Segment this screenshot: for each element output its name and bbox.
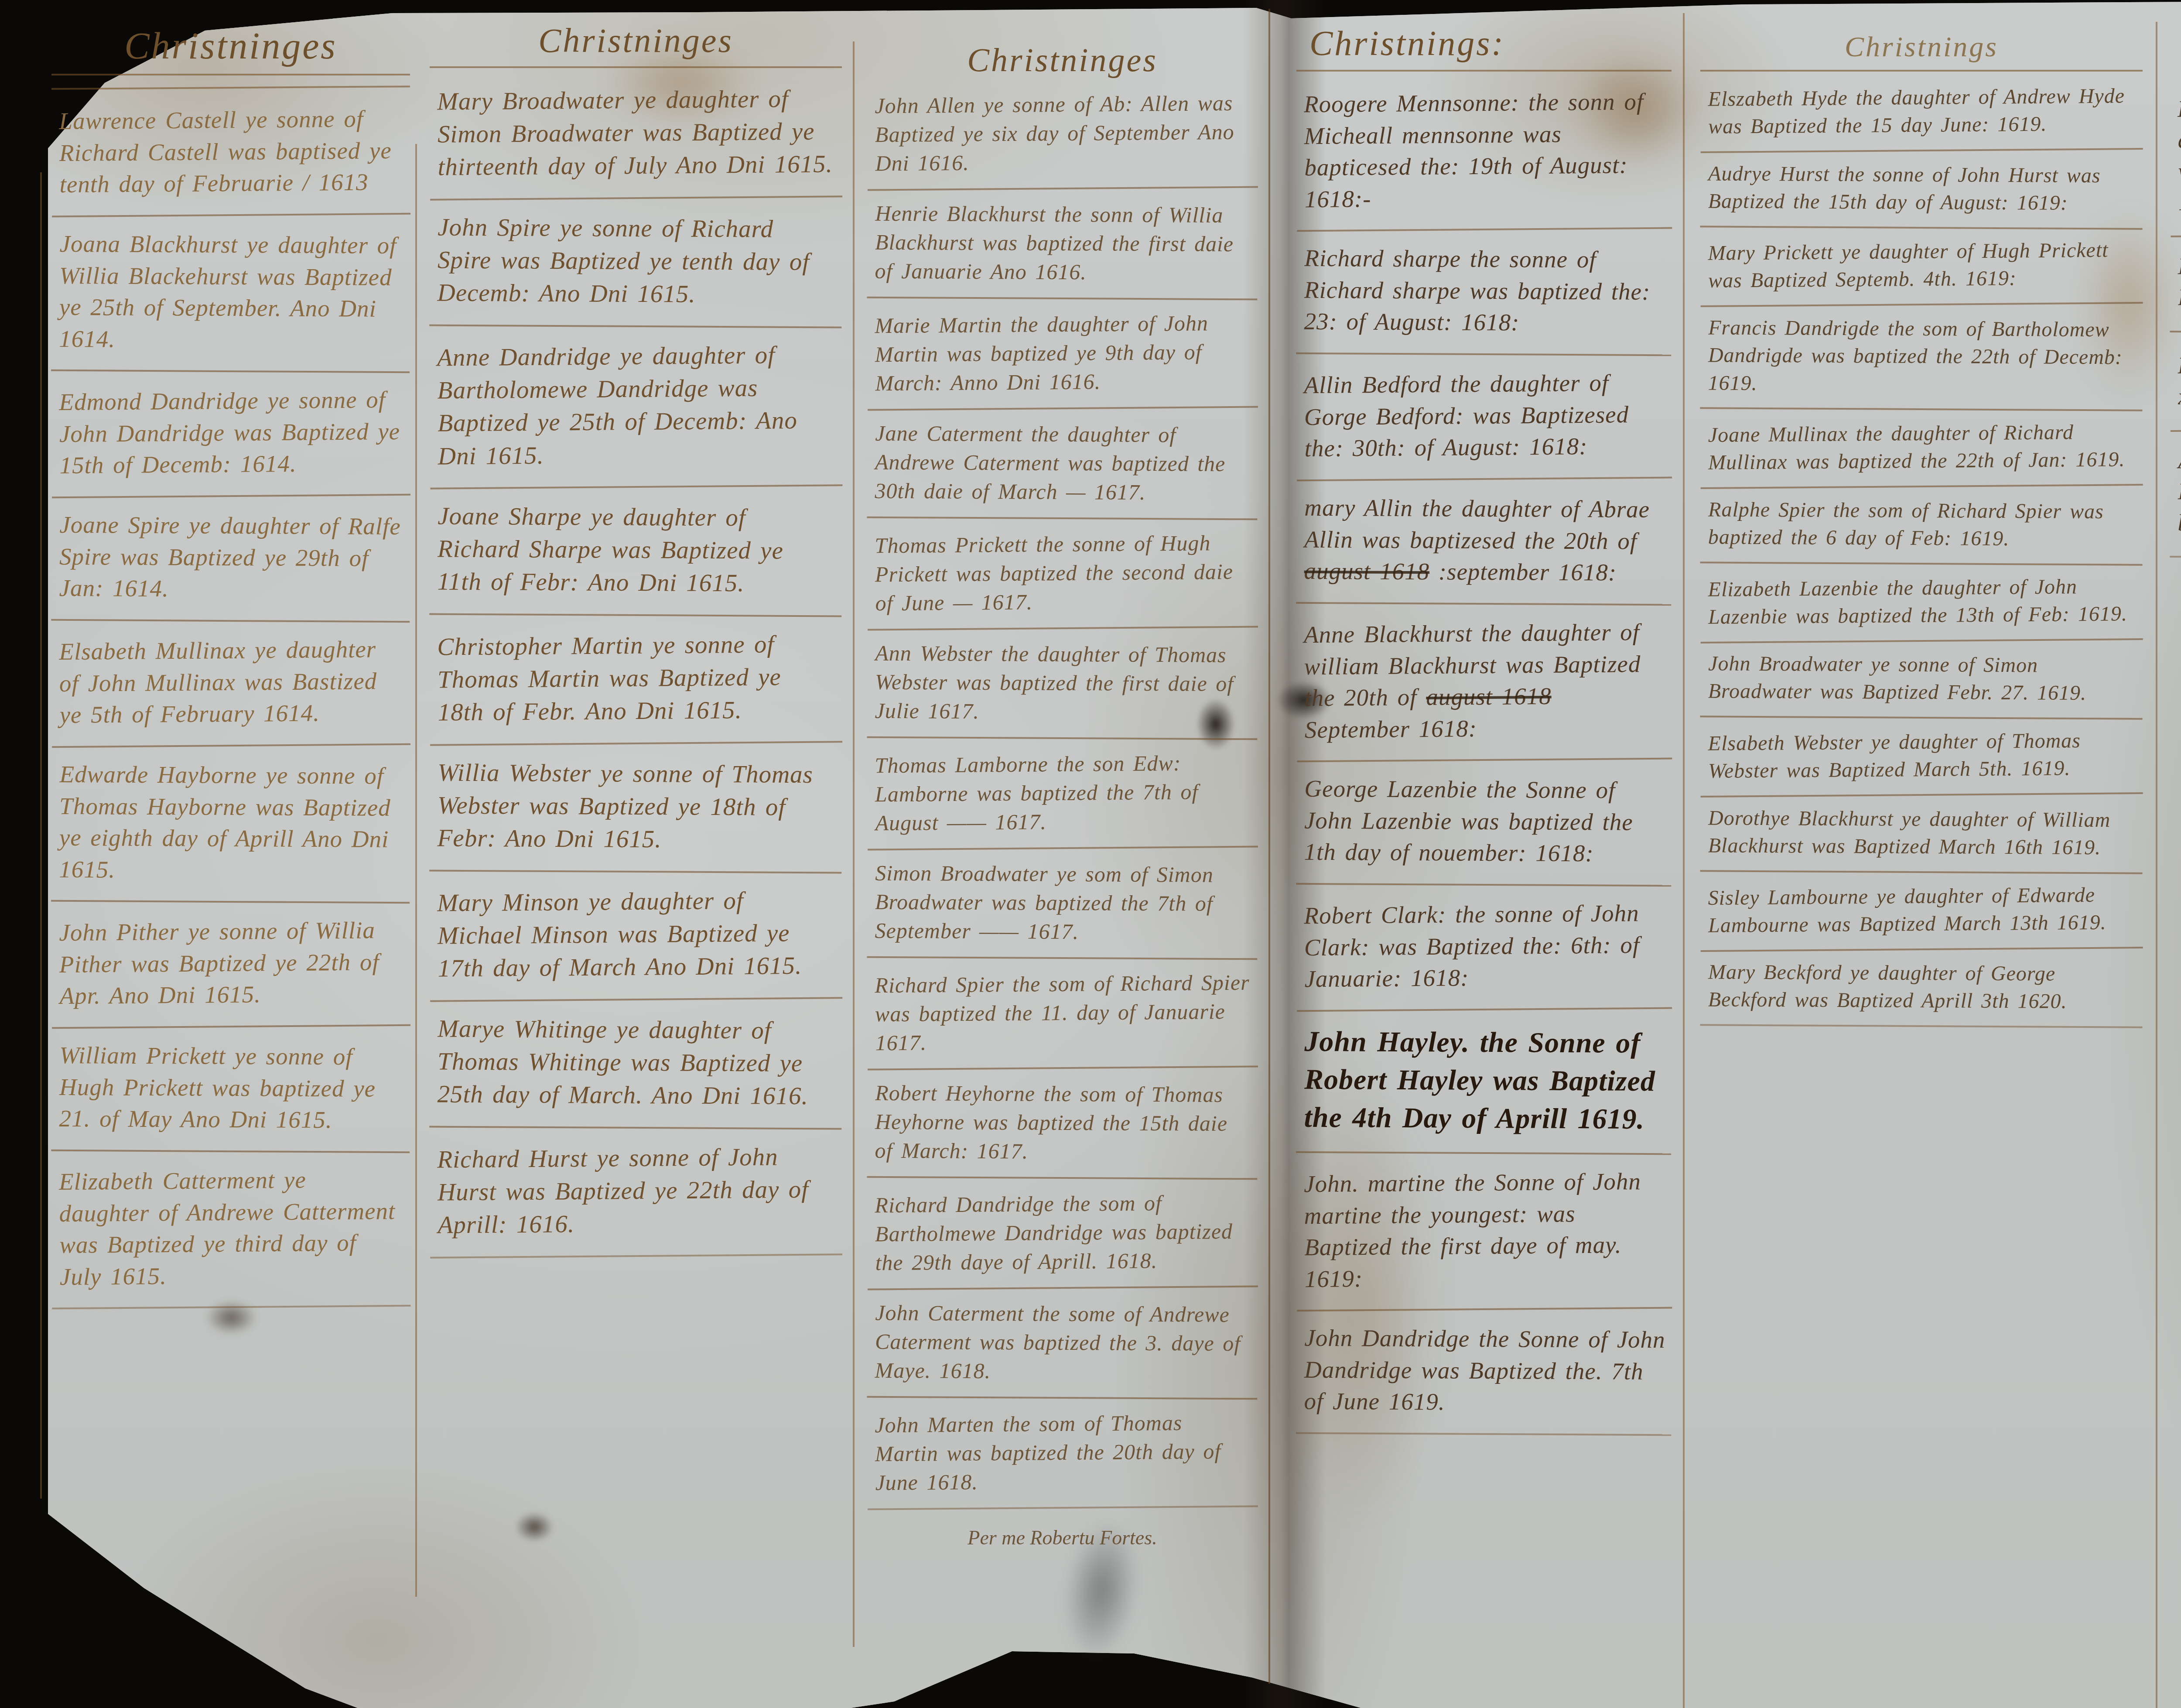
entry-text: Edwarde Hayborne ye sonne of Thomas Hayb… [59,760,391,882]
register-entry: Richard Spier the som of Richard Spier w… [867,957,1258,1070]
register-entry: Mary Broadwater ye daughter of Simon Bro… [429,69,842,200]
entry-text: Joane Sharpe ye daughter of Richard Shar… [437,503,783,597]
register-entry: John Broadwater ye sonne of Simon Broadw… [1700,640,2143,720]
entry-list: Roogere Mennsonne: the sonn of Micheall … [1296,74,1672,1435]
register-entry: John Pither ye sonne of Willia Pither wa… [51,901,410,1029]
entry-text: Willia Webster ye sonne of Thomas Webste… [437,759,813,853]
register-entry: Christopher Martin ye sonne of Thomas Ma… [429,614,842,746]
entry-text: Joane Spire ye daughter of Ralfe Spire w… [59,511,400,602]
entry-text: John Hayley. the Sonne of Robert Hayley … [1304,1026,1655,1135]
register-entry: Joana Blackhurst ye daughter of Willia B… [51,215,410,373]
register-entry: Joane Spire ye daughter of Ralfe Spire w… [51,496,410,623]
register-entry: Allin Bedford the daughter of Gorge Bedf… [1296,354,1672,482]
entry-text: Mary Prickett ye daughter of Hugh Pricke… [1708,239,2109,293]
entry-text: Jane Caterment the daughter of Andrewe C… [875,421,1226,504]
column-header: Christninges [430,21,842,60]
entry-list: Mary Broadwater ye daughter of Simon Bro… [430,71,842,1257]
register-entry: George Lazenbie the Sonne of John Lazenb… [1296,760,1672,887]
entry-text: Francis Dandrigde the som of Bartholomew… [1708,316,2123,395]
column-rule [1683,13,1685,1708]
entry-text: John Caterment the some of Andrewe Cater… [875,1301,1241,1383]
entry-text: Richard Spier the som of Richard Spier w… [875,970,1250,1055]
register-entry: Elizabeth Lazenbie the daughter of John … [1700,563,2143,643]
register-entry: Elsabeth Mullinax ye daughter of John Mu… [51,620,410,747]
entry-text: John Spire ye sonne of Richard Spire was… [437,213,810,308]
column-header: Christninges [51,24,410,68]
register-page-scan: Christninges Lawrence Castell ye sonne o… [0,0,2181,1708]
entry-text: September 1618: [1305,715,1477,743]
entry-text: Richard Dandridge the som of Bartholmewe… [875,1191,1233,1275]
register-entry: Mary Minson ye daughter of Michael Minso… [429,871,842,1002]
register-entry: Joane Mullinax the daughter of Richard M… [1700,408,2143,489]
register-entry: Joane Sharpe ye daughter of Richard Shar… [429,487,842,617]
entry-list: Elszabeth Hyde the daughter of Andrew Hy… [1700,74,2143,1027]
entry-text: John. martine the Sonne of John martine … [1304,1168,1641,1292]
entry-text: Dorothye Blackhurst ye daughter of Willi… [1708,806,2111,859]
entry-text: Elizabeth Lazenbie the daughter of John … [1708,575,2127,629]
register-entry: Lawrence Castell ye sonne of Richard Cas… [51,90,410,217]
register-entry: Mary Prickett ye daughter of Hugh Pricke… [1700,226,2143,307]
entry-text: Ralphe Spier the som of Richard Spier wa… [1708,498,2104,550]
entry-list: Lawrence Castell ye sonne of Richard Cas… [51,91,410,1308]
entry-text: Mr John Haywood was Buryed Aprill 7. 162… [2178,253,2181,311]
header-rule [51,74,410,75]
register-entry: Richard Dandridge the som of Bartholmewe… [867,1177,1258,1290]
entry-text: Richard sharpe the sonne of Richard shar… [1304,245,1650,336]
entry-text: Robert Clark: the sonne of John Clark: w… [1304,900,1640,992]
register-entry: Audrye Hurst the sonne of John Hurst was… [1700,150,2143,229]
entry-text: Marye Whitinge ye daughter of Thomas Whi… [437,1015,808,1110]
entry-text: Roogere Mennsonne: the sonn of Micheall … [1304,88,1644,212]
register-entry: Marye Whitinge ye daughter of Thomas Whi… [429,999,842,1130]
entry-text: Christopher Martin ye sonne of Thomas Ma… [437,631,781,727]
register-entry: Elszabeth Hyde the daughter of Andrew Hy… [1700,72,2143,153]
register-entry: Willia Webster ye sonne of Thomas Webste… [429,743,842,873]
entry-text: Henrie Blackhurst the sonn of Willia Bla… [875,201,1234,284]
register-entry: Mary Beckford ye daughter of George Beck… [1700,949,2143,1028]
entry-text: Mary Beckford ye daughter of George Beck… [1708,961,2067,1013]
register-entry: Anne Lambourne the wife of Edward Lambou… [2170,429,2181,559]
register-entry: Thomas Lamborne the son Edw: Lamborne wa… [867,737,1258,850]
register-entry: John Dandridge the Sonne of John Dandrid… [1296,1309,1672,1436]
entry-text: Thomas Lamborne the son Edw: Lamborne wa… [875,751,1198,835]
column-rule [853,41,855,1647]
christenings-column-1618-1619: Christnings: Roogere Mennsonne: the sonn… [1296,24,1672,1435]
entry-text: Anne Dandridge ye daughter of Bartholome… [437,342,797,470]
register-entry: Robert Clark: the sonne of John Clark: w… [1296,884,1672,1012]
entry-text: mary Allin the daughter of Abrae Allin w… [1304,494,1650,555]
register-entry: Richard Hurst ye sonne of John Hurst was… [429,1127,842,1258]
register-entry: Richard sharpe the sonne of Richard shar… [1296,229,1672,356]
column-rule [2156,22,2157,1708]
register-entry: Robert Heyhorne the som of Thomas Heyhor… [867,1068,1258,1180]
register-entry: Marie Martin the daughter of John Martin… [867,298,1258,411]
register-entry: Dorothye Blackhurst ye daughter of Willi… [1700,794,2143,874]
register-entry: Mr John Haywood was Buryed Aprill 7. 162… [2170,235,2181,334]
register-entry: John Marten the som of Thomas Martin was… [867,1397,1258,1510]
column-header: Christnings [1700,31,2143,64]
entry-text: Elizabeth Catterment ye daughter of Andr… [59,1167,396,1290]
christenings-column-1619-1620: Christnings Elszabeth Hyde the daughter … [1700,31,2143,1027]
register-entry: William Prickett ye sonne of Hugh Pricke… [51,1027,410,1153]
entry-text: Allin Bedford the daughter of Gorge Bedf… [1304,370,1629,462]
register-entry: Edmond Dandridge ye sonne of John Dandri… [51,371,410,498]
entry-list: John Allen ye sonne of Ab: Allen was Bap… [867,79,1258,1509]
column-header: Christninges [867,41,1258,79]
entry-text: Robert Heyhorne the som of Thomas Heyhor… [875,1081,1228,1164]
entry-text: John Allen ye sonne of Ab: Allen was Bap… [875,91,1234,175]
register-entry: Jane Caterment the daughter of Andrewe C… [867,408,1258,520]
register-entry: Thomas Prickett the sonne of Hugh Pricke… [867,517,1258,630]
entry-text: Simon Broadwater ye som of Simon Broadwa… [875,861,1214,944]
register-entry: Henrie Blackhurst the sonn of Willia Bla… [867,188,1258,301]
entry-list: Dorothye Blackhurst ye daughter of Willi… [2170,77,2181,558]
register-entry: Simon Broadwater ye som of Simon Broadwa… [867,848,1258,960]
entry-text: Audrye Hurst the sonne of John Hurst was… [1708,162,2101,215]
entry-text: George Lazenbie the Sonne of John Lazenb… [1304,775,1633,867]
entry-text: Sisley Lambourne ye daughter of Edwarde … [1708,883,2106,937]
header-rule [1296,70,1672,72]
entry-text: Ann Webster the daughter of Thomas Webst… [875,641,1234,723]
entry-text: John Broadwater ye sonne of Simon Broadw… [1708,652,2086,705]
register-entry: Roogere Mennsonne: the sonn of Micheall … [1296,73,1672,232]
entry-text: Joane Mullinax the daughter of Richard M… [1708,421,2125,474]
register-entry: Dorothye Blackhurst ye daughter of Willi… [2170,75,2181,237]
register-entry: Francis Dandrigde the som of Bartholomew… [1700,305,2143,411]
register-entry: John Spire ye sonne of Richard Spire was… [429,198,842,328]
entry-text: Elsabeth Mullinax ye daughter of John Mu… [59,636,377,728]
column-rule [40,172,42,1499]
register-entry: Elsabeth Webster ye daughter of Thomas W… [1700,717,2143,798]
header-rule [1700,70,2143,72]
register-entry: Elizabeth Catterment ye daughter of Andr… [51,1150,411,1310]
header-rule [430,66,842,68]
register-entry: John Hayley. the Sonne of Robert Hayley … [1296,1009,1672,1155]
entry-text: Marie Martin the daughter of John Martin… [875,311,1208,395]
christenings-column-1615-1616: Christninges Mary Broadwater ye daughter… [430,21,842,1257]
register-entry: mary Allin the daughter of Abrae Allin w… [1296,479,1672,606]
entry-text: John Dandridge the Sonne of John Dandrid… [1304,1325,1665,1415]
column-rule [415,144,417,1597]
entry-text: Elsabeth Webster ye daughter of Thomas W… [1708,729,2081,783]
entry-text: Richard Hurst ye sonne of John Hurst was… [437,1143,809,1239]
page-edge-rule [1268,9,1270,1684]
entry-text: Edmond Dandridge ye sonne of John Dandri… [59,386,400,479]
register-entry: Ann Webster the daughter of Thomas Webst… [867,628,1258,740]
entry-text: John Marten the som of Thomas Martin was… [875,1410,1221,1495]
register-entry: John. martine the Sonne of John martine … [1296,1153,1672,1312]
entry-text: Dorothye Blackhurst ye daughter of Willi… [2178,94,2181,215]
register-entry: Peter Langley was buried the xxvith day … [2170,332,2181,431]
register-entry: John Caterment the some of Andrewe Cater… [867,1288,1258,1400]
struck-text: august 1618 [1304,558,1429,585]
column-header: Christnings: [1296,24,1672,64]
column-header: Buryalls. [2170,31,2181,77]
christenings-column-1616-1618: Christninges John Allen ye sonne of Ab: … [867,41,1258,1549]
entry-text: Joana Blackhurst ye daughter of Willia B… [59,230,397,352]
burials-column-1620: Buryalls. Dorothye Blackhurst ye daughte… [2170,31,2181,558]
entry-text: Anne Lambourne the wife of Edward Lambou… [2178,447,2181,537]
header-rule [51,86,410,90]
entry-text: Thomas Prickett the sonne of Hugh Pricke… [875,531,1233,615]
struck-text: august 1618 [1426,683,1552,710]
register-entry: Anne Dandridge ye daughter of Bartholome… [429,325,843,489]
entry-text: John Pither ye sonne of Willia Pither wa… [59,917,379,1009]
christenings-column-1613-1615: Christninges Lawrence Castell ye sonne o… [51,24,410,1308]
entry-text: Elszabeth Hyde the daughter of Andrew Hy… [1708,84,2125,138]
register-entry: Sisley Lambourne ye daughter of Edwarde … [1700,871,2143,952]
entry-text: :september 1618: [1429,558,1617,585]
entry-text: Mary Minson ye daughter of Michael Minso… [437,887,802,983]
register-entry: Anne Blackhurst the daughter of william … [1296,603,1672,762]
entry-text: Mary Broadwater ye daughter of Simon Bro… [437,85,833,181]
entry-text: Peter Langley was buried the xxvith day … [2178,350,2181,410]
register-entry: John Allen ye sonne of Ab: Allen was Bap… [867,78,1258,191]
clerk-signature: Per me Robertu Fortes. [867,1509,1258,1549]
entry-text: William Prickett ye sonne of Hugh Pricke… [59,1042,376,1133]
register-entry: Ralphe Spier the som of Richard Spier wa… [1700,486,2143,565]
entry-text: Lawrence Castell ye sonne of Richard Cas… [59,106,392,198]
register-entry: Edwarde Hayborne ye sonne of Thomas Hayb… [51,745,410,904]
